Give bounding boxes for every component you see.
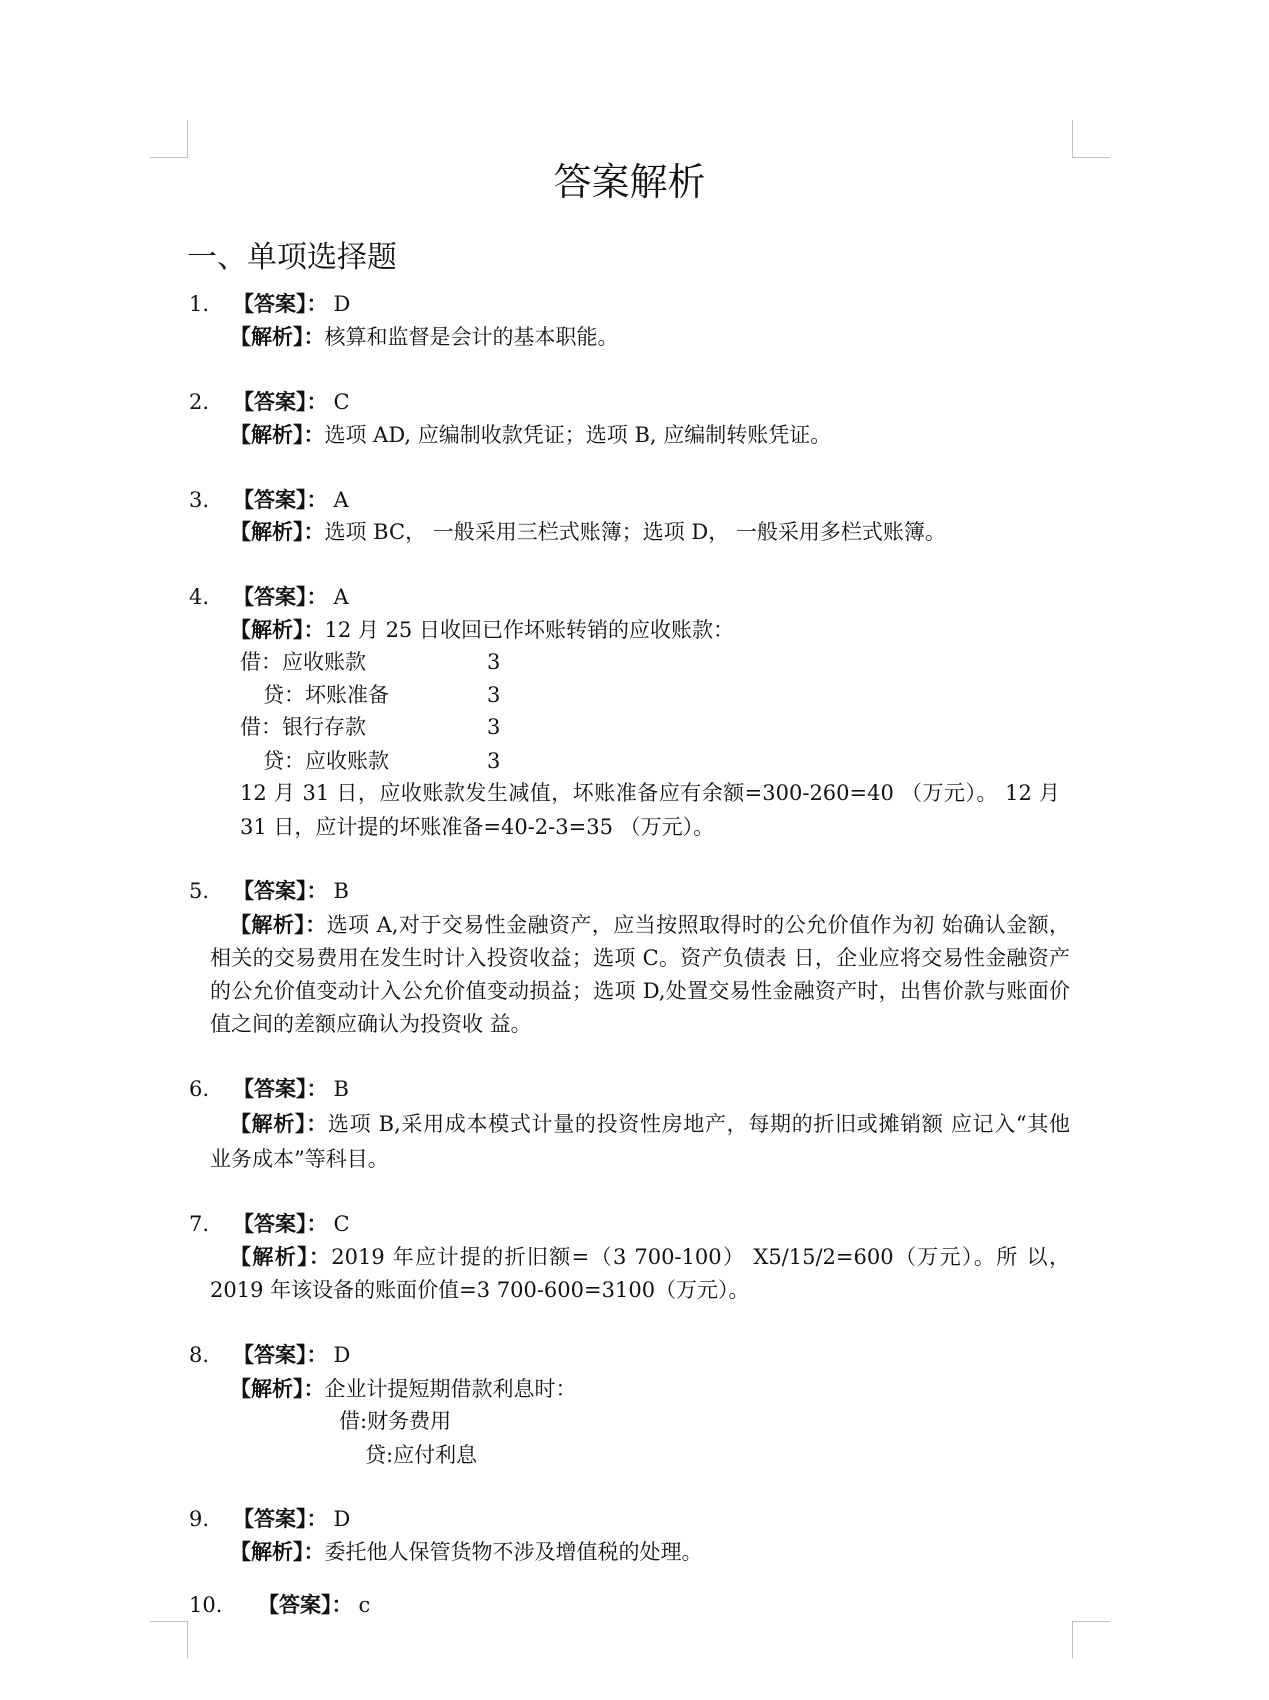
corner-mark-bottom-right-vertical [1072, 1621, 1073, 1658]
answer-label: 【答案】： [233, 389, 328, 414]
analysis-label: 【解析】： [230, 1539, 325, 1564]
journal-side: 贷： [263, 749, 305, 773]
item-number: 3. [189, 485, 209, 515]
answer-line: 【答案】：c [258, 1590, 370, 1620]
analysis-text: 2019 年应计提的折旧额=（3 700-100） X5/15/2=600（万元… [331, 1245, 1070, 1269]
answer-value: C [334, 390, 350, 414]
analysis-continuation: 值之间的差额应确认为投资收 益。 [210, 1009, 532, 1039]
journal-account: 应收账款 [305, 749, 389, 773]
journal-account: 应付利息 [393, 1443, 477, 1467]
analysis-continuation: 的公允价值变动计入公允价值变动损益；选项 D,处置交易性金融资产时，出售价款与账… [210, 976, 1070, 1006]
corner-mark-bottom-right-horizontal [1072, 1621, 1110, 1622]
journal-amount: 3 [487, 746, 500, 776]
analysis-line: 【解析】：选项 A,对于交易性金融资产，应当按照取得时的公允价值作为初 始确认金… [230, 910, 1070, 940]
answer-label: 【答案】： [233, 1211, 328, 1236]
journal-account: 坏账准备 [305, 683, 389, 707]
journal-row-credit: 贷:应付利息 [365, 1440, 477, 1470]
answer-value: D [334, 1343, 351, 1367]
answer-value: D [334, 1507, 351, 1531]
corner-mark-top-right-horizontal [1072, 157, 1110, 158]
analysis-line: 【解析】：选项 B,采用成本模式计量的投资性房地产，每期的折旧或摊销额 应记入“… [230, 1109, 1070, 1139]
item-number: 5. [189, 876, 209, 906]
analysis-line: 【解析】：企业计提短期借款利息时： [230, 1374, 577, 1404]
analysis-label: 【解析】： [230, 1244, 331, 1269]
corner-mark-top-left-vertical [187, 120, 188, 157]
section-heading: 一、单项选择题 [187, 238, 397, 278]
analysis-text: 12 月 25 日收回已作坏账转销的应收账款： [325, 618, 734, 642]
answer-label: 【答案】： [233, 291, 328, 316]
analysis-line: 【解析】：委托他人保管货物不涉及增值税的处理。 [230, 1537, 703, 1567]
answer-value: C [334, 1212, 350, 1236]
conclusion-line: 31 日，应计提的坏账准备=40-2-3=35 （万元）。 [240, 812, 714, 842]
journal-row-debit: 借：银行存款 [240, 712, 366, 742]
analysis-label: 【解析】： [230, 519, 325, 544]
answer-line: 【答案】：D [233, 1340, 350, 1370]
answer-label: 【答案】： [233, 1076, 328, 1101]
journal-side: 贷: [365, 1443, 393, 1467]
journal-row-debit: 借:财务费用 [339, 1406, 451, 1436]
answer-line: 【答案】：C [233, 1209, 350, 1239]
corner-mark-top-left-horizontal [150, 157, 188, 158]
analysis-text: 选项 A,对于交易性金融资产，应当按照取得时的公允价值作为初 始确认金额， [327, 913, 1070, 937]
journal-account: 财务费用 [367, 1409, 451, 1433]
journal-side: 贷： [263, 683, 305, 707]
conclusion-line: 12 月 31 日，应收账款发生减值，坏账准备应有余额=300-260=40 （… [240, 778, 1060, 808]
answer-label: 【答案】： [233, 1342, 328, 1367]
answer-value: B [334, 879, 349, 903]
analysis-continuation: 相关的交易费用在发生时计入投资收益；选项 C。资产负债表 日，企业应将交易性金融… [210, 943, 1070, 973]
analysis-label: 【解析】： [230, 324, 325, 349]
analysis-text: 委托他人保管货物不涉及增值税的处理。 [325, 1540, 703, 1564]
analysis-text: 选项 B,采用成本模式计量的投资性房地产，每期的折旧或摊销额 应记入“其他 [328, 1112, 1070, 1136]
item-number: 1. [189, 289, 209, 319]
answer-line: 【答案】：A [233, 485, 349, 515]
analysis-line: 【解析】：核算和监督是会计的基本职能。 [230, 322, 619, 352]
analysis-label: 【解析】： [230, 1111, 328, 1136]
analysis-line: 【解析】：选项 AD, 应编制收款凭证；选项 B, 应编制转账凭证。 [230, 420, 831, 450]
answer-value: B [334, 1077, 349, 1101]
analysis-continuation: 业务成本”等科目。 [210, 1144, 389, 1174]
item-number: 6. [189, 1074, 209, 1104]
journal-side: 借： [240, 715, 282, 739]
analysis-label: 【解析】： [230, 1376, 325, 1401]
analysis-text: 企业计提短期借款利息时： [325, 1377, 577, 1401]
journal-account: 银行存款 [282, 715, 366, 739]
journal-amount: 3 [487, 647, 500, 677]
answer-value: D [334, 292, 351, 316]
item-number: 9. [189, 1504, 209, 1534]
document-page: 答案解析 一、单项选择题 1. 【答案】：D 【解析】：核算和监督是会计的基本职… [0, 0, 1269, 1700]
journal-amount: 3 [487, 680, 500, 710]
item-number: 10. [189, 1590, 222, 1620]
answer-value: A [334, 585, 349, 609]
analysis-line: 【解析】：2019 年应计提的折旧额=（3 700-100） X5/15/2=6… [230, 1242, 1070, 1272]
corner-mark-top-right-vertical [1072, 120, 1073, 157]
answer-value: A [334, 488, 349, 512]
answer-label: 【答案】： [233, 487, 328, 512]
journal-account: 应收账款 [282, 650, 366, 674]
journal-row-credit: 贷：应收账款 [263, 746, 389, 776]
analysis-label: 【解析】： [230, 912, 327, 937]
answer-value: c [359, 1593, 371, 1617]
answer-line: 【答案】：B [233, 1074, 349, 1104]
item-number: 7. [189, 1209, 209, 1239]
journal-side: 借: [339, 1409, 367, 1433]
journal-row-debit: 借：应收账款 [240, 647, 366, 677]
corner-mark-bottom-left-horizontal [150, 1621, 188, 1622]
analysis-text: 核算和监督是会计的基本职能。 [325, 325, 619, 349]
journal-amount: 3 [487, 712, 500, 742]
answer-label: 【答案】： [233, 1506, 328, 1531]
page-title: 答案解析 [187, 158, 1072, 206]
item-number: 8. [189, 1340, 209, 1370]
answer-line: 【答案】：B [233, 876, 349, 906]
answer-line: 【答案】：D [233, 289, 350, 319]
answer-line: 【答案】：C [233, 387, 350, 417]
answer-label: 【答案】： [233, 584, 328, 609]
analysis-continuation: 2019 年该设备的账面价值=3 700-600=3100（万元）。 [210, 1275, 750, 1305]
analysis-line: 【解析】：选项 BC， 一般采用三栏式账簿；选项 D， 一般采用多栏式账簿。 [230, 517, 946, 547]
journal-side: 借： [240, 650, 282, 674]
item-number: 4. [189, 582, 209, 612]
answer-line: 【答案】：A [233, 582, 349, 612]
answer-line: 【答案】：D [233, 1504, 350, 1534]
analysis-text: 选项 BC， 一般采用三栏式账簿；选项 D， 一般采用多栏式账簿。 [325, 520, 946, 544]
answer-label: 【答案】： [258, 1592, 353, 1617]
analysis-label: 【解析】： [230, 422, 325, 447]
analysis-label: 【解析】： [230, 617, 325, 642]
journal-row-credit: 贷：坏账准备 [263, 680, 389, 710]
analysis-text: 选项 AD, 应编制收款凭证；选项 B, 应编制转账凭证。 [325, 423, 832, 447]
answer-label: 【答案】： [233, 878, 328, 903]
corner-mark-bottom-left-vertical [187, 1621, 188, 1658]
item-number: 2. [189, 387, 209, 417]
analysis-line: 【解析】：12 月 25 日收回已作坏账转销的应收账款： [230, 615, 734, 645]
